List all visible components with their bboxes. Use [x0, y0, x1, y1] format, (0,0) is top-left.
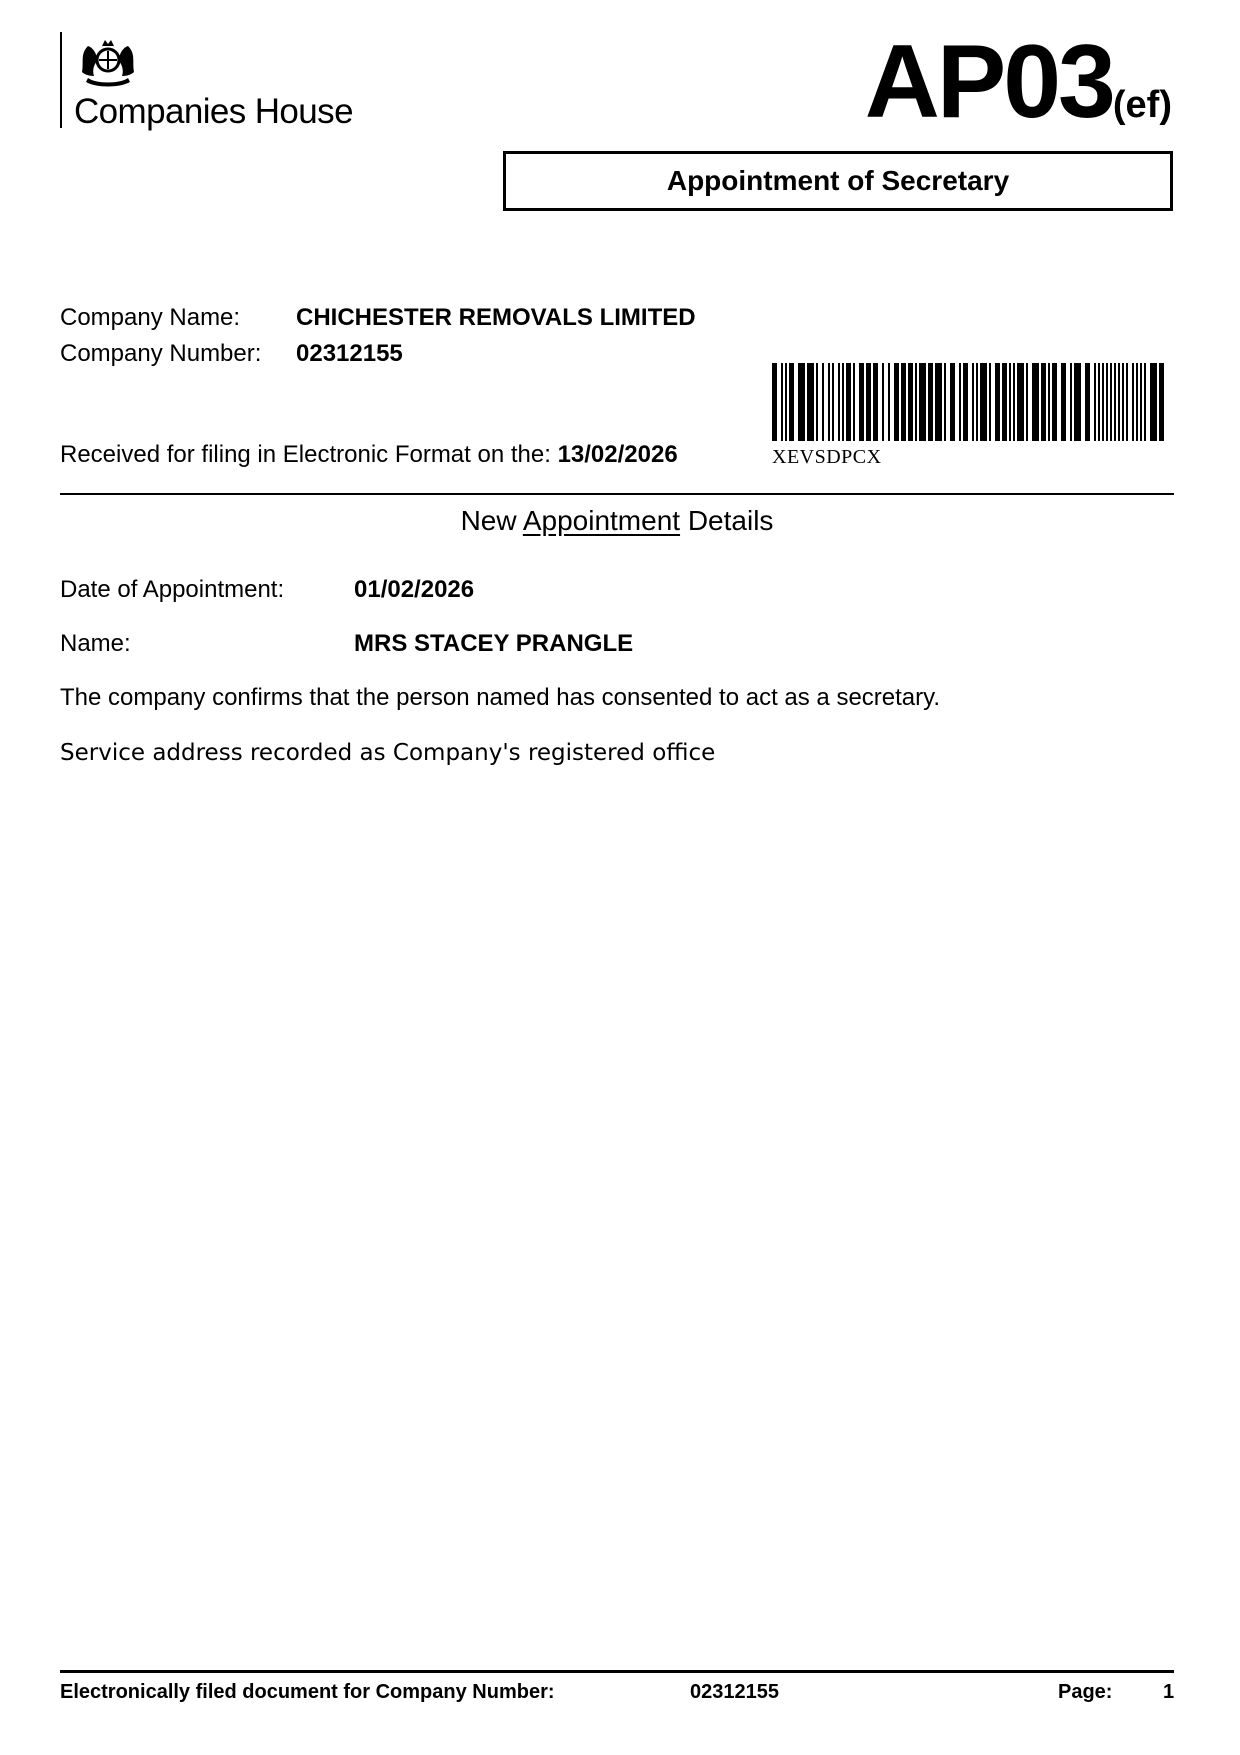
- appointee-name-value: MRS STACEY PRANGLE: [354, 630, 633, 657]
- footer-page-label: Page:: [1058, 1681, 1112, 1704]
- footer-company-number: 02312155: [690, 1681, 779, 1704]
- company-name-row: Company Name:CHICHESTER REMOVALS LIMITED: [60, 304, 696, 332]
- appointee-name-label: Name:: [60, 630, 354, 658]
- form-code-suffix: (ef): [1113, 84, 1172, 126]
- appointee-name-row: Name:MRS STACEY PRANGLE: [60, 630, 633, 658]
- company-number-label: Company Number:: [60, 340, 296, 368]
- appointment-date-value: 01/02/2026: [354, 576, 474, 603]
- consent-confirmation: The company confirms that the person nam…: [60, 684, 940, 712]
- companies-house-logo-text: Companies House: [74, 92, 353, 132]
- appointment-date-row: Date of Appointment:01/02/2026: [60, 576, 474, 604]
- barcode: [772, 363, 1164, 441]
- service-address-note: Service address recorded as Company's re…: [60, 740, 715, 766]
- company-number-row: Company Number:02312155: [60, 340, 403, 368]
- section-heading: New Appointment Details: [60, 505, 1174, 537]
- footer-divider: [60, 1670, 1174, 1673]
- form-title: Appointment of Secretary: [503, 151, 1173, 211]
- royal-coat-of-arms-icon: [74, 32, 142, 88]
- form-code-main: AP03: [865, 24, 1113, 140]
- form-code: AP03(ef): [865, 30, 1172, 134]
- section-heading-pre: New: [461, 505, 523, 536]
- section-divider: [60, 493, 1174, 495]
- logo-divider: [60, 32, 62, 128]
- received-label: Received for filing in Electronic Format…: [60, 441, 551, 468]
- barcode-label: XEVSDPCX: [772, 446, 882, 469]
- footer-page-number: 1: [1163, 1681, 1174, 1704]
- footer-label: Electronically filed document for Compan…: [60, 1681, 555, 1704]
- company-name-label: Company Name:: [60, 304, 296, 332]
- company-number-value: 02312155: [296, 340, 403, 367]
- section-heading-post: Details: [680, 505, 773, 536]
- received-row: Received for filing in Electronic Format…: [60, 441, 678, 469]
- appointment-date-label: Date of Appointment:: [60, 576, 354, 604]
- received-date: 13/02/2026: [558, 441, 678, 468]
- company-name-value: CHICHESTER REMOVALS LIMITED: [296, 304, 696, 331]
- section-heading-underlined: Appointment: [523, 505, 680, 536]
